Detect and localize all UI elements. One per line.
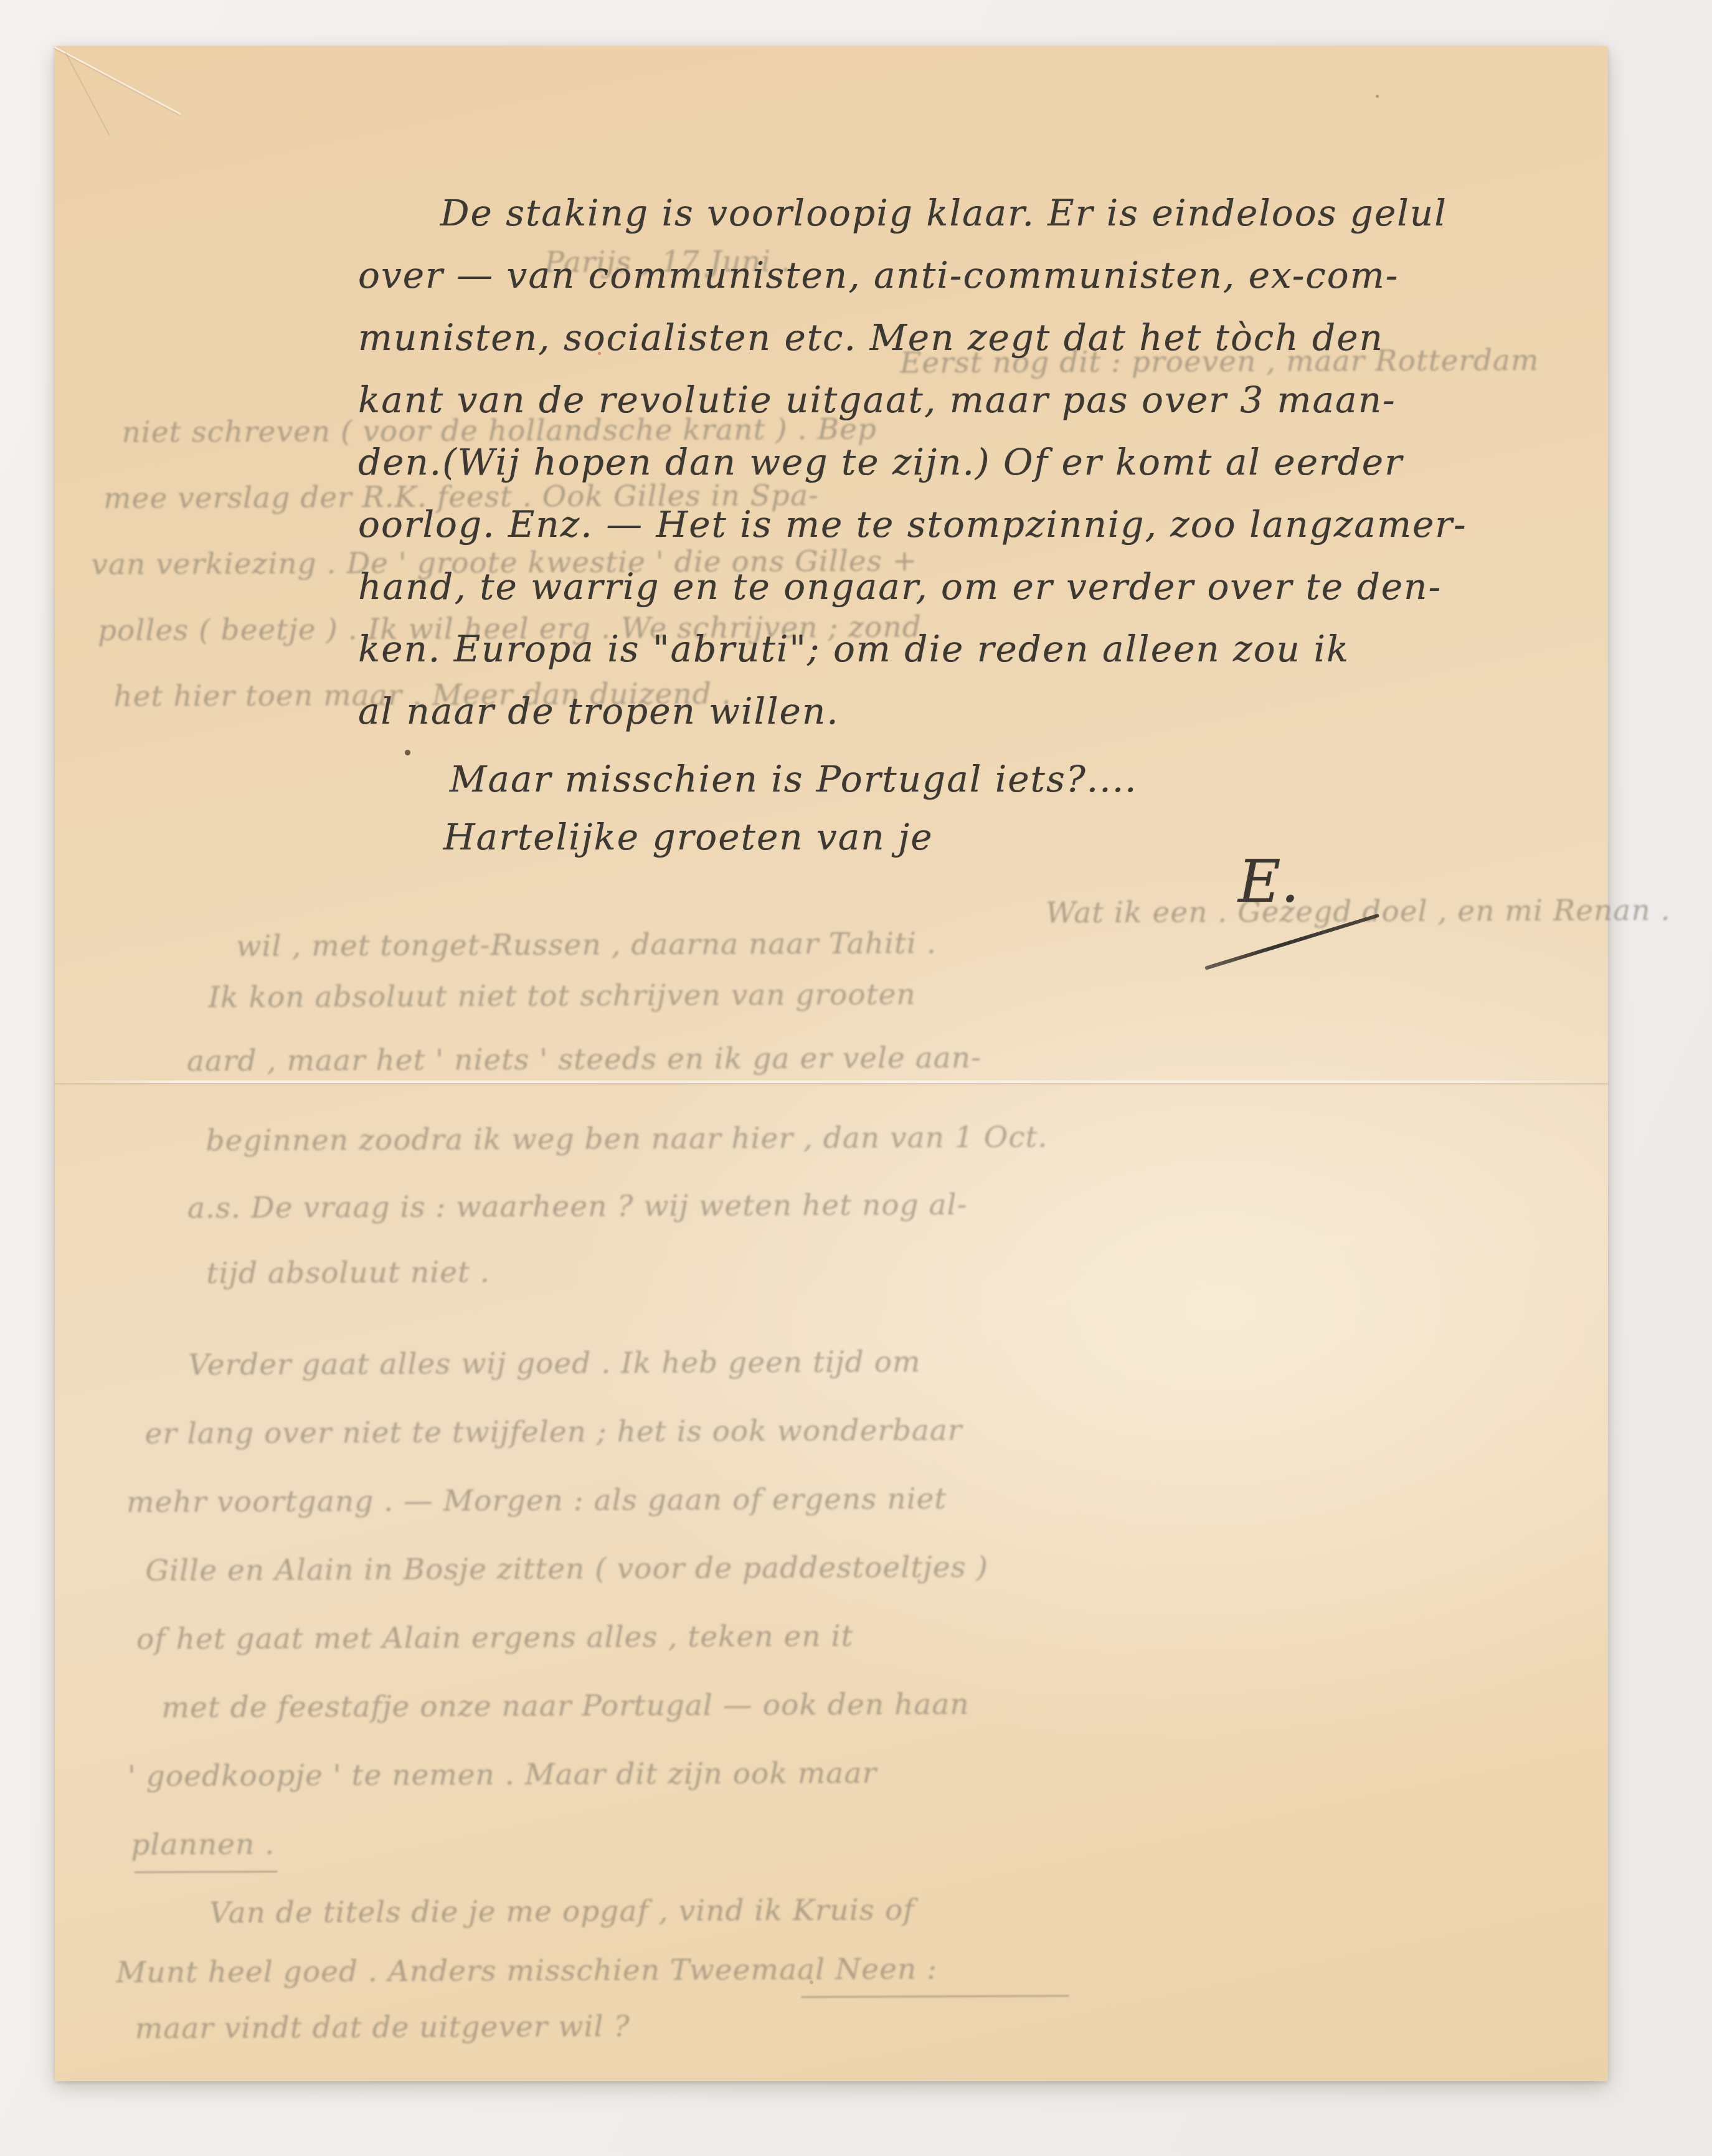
letter-line: over — van communisten, anti-communisten…	[358, 244, 1467, 306]
letter-line: ken. Europa is "abruti"; om die reden al…	[358, 618, 1467, 680]
letter-paragraph: De staking is voorloopig klaar. Er is ei…	[358, 182, 1467, 742]
letter-line-closing: Maar misschien is Portugal iets?....	[450, 748, 1138, 810]
letter-line: kant van de revolutie uitgaat, maar pas …	[358, 369, 1467, 431]
letter-line: munisten, socialisten etc. Men zegt dat …	[358, 306, 1467, 369]
letter-line: den.(Wij hopen dan weg te zijn.) Of er k…	[358, 431, 1467, 493]
letter-line: hand, te warrig en te ongaar, om er verd…	[358, 556, 1467, 618]
scan-background: { "document": { "kind": "handwritten let…	[0, 0, 1712, 2156]
letter-text-layer: De staking is voorloopig klaar. Er is ei…	[55, 46, 1608, 2081]
letter-paper: Parijs , 17 Juni . Eerst nog dit : proev…	[55, 46, 1608, 2081]
paper-speck	[810, 1980, 813, 1984]
letter-line: al naar de tropen willen.	[358, 680, 1467, 742]
letter-line: oorlog. Enz. — Het is me te stompzinnig,…	[358, 493, 1467, 556]
paper-speck	[598, 352, 601, 355]
signature-flourish	[1204, 914, 1379, 970]
letter-line: De staking is voorloopig klaar. Er is ei…	[358, 182, 1467, 244]
signature-initial: E.	[1238, 848, 1300, 916]
letter-line-closing: Hartelijke groeten van je	[443, 806, 933, 868]
paper-speck	[405, 750, 410, 755]
paper-speck	[1376, 95, 1379, 98]
